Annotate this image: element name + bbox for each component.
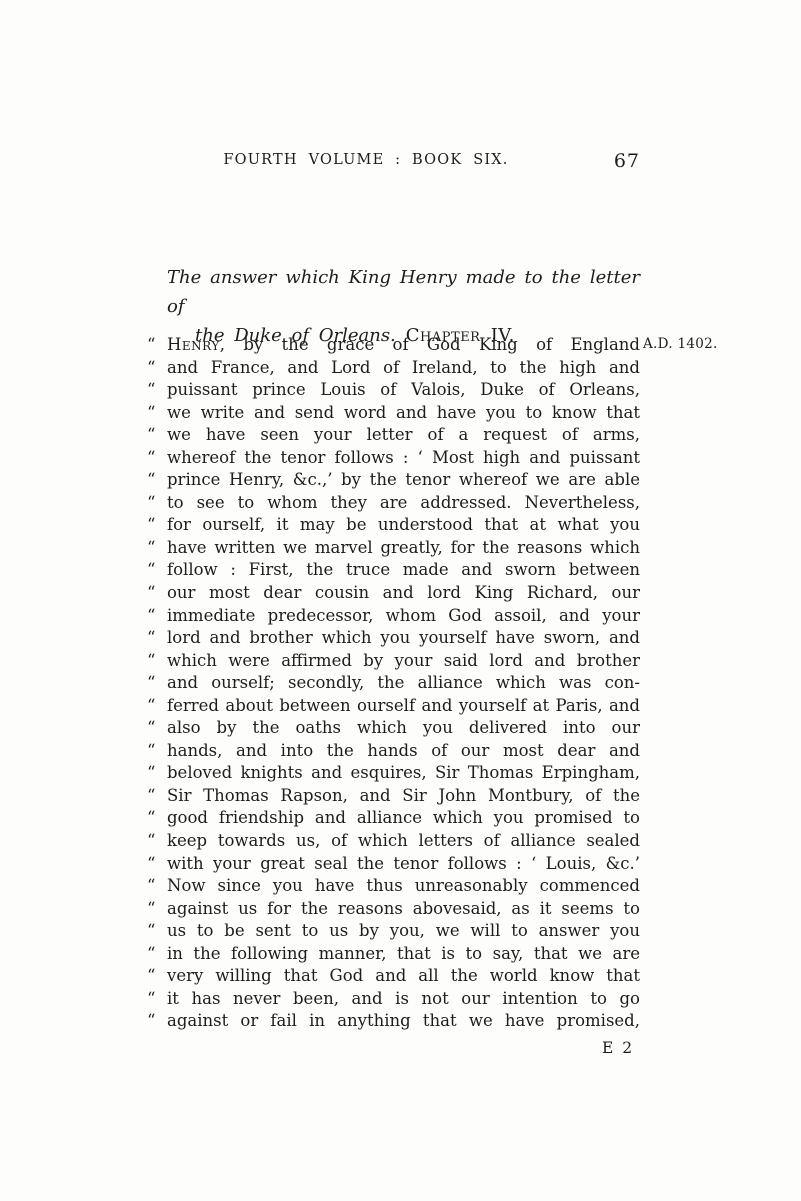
body-text-line: “ we write and send word and have you to… [167,402,640,425]
open-quote-mark: “ [147,853,155,876]
body-text-line: “ whereof the tenor follows : ‘ Most hig… [167,447,640,470]
line-text: , by the grace of God King of England [220,335,640,354]
line-text: and ourself; secondly, the alliance whic… [167,673,640,692]
open-quote-mark: “ [147,379,155,402]
open-quote-mark: “ [147,898,155,921]
open-quote-mark: “ [147,830,155,853]
line-text: good friendship and alliance which you p… [167,808,640,827]
line-text: keep towards us, of which letters of all… [167,831,640,850]
open-quote-mark: “ [147,988,155,1011]
body-text-line: “ and ourself; secondly, the alliance wh… [167,672,640,695]
line-text: prince Henry, &c.,’ by the tenor whereof… [167,470,640,489]
signature-mark: E 2 [602,1039,634,1057]
open-quote-mark: “ [147,537,155,560]
body-text-line: “ good friendship and alliance which you… [167,807,640,830]
body-text-line: “ Henry, by the grace of God King of Eng… [167,334,640,357]
open-quote-mark: “ [147,920,155,943]
line-text: it has never been, and is not our intent… [167,989,640,1008]
open-quote-mark: “ [147,582,155,605]
page-number: 67 [614,150,640,172]
open-quote-mark: “ [147,740,155,763]
line-text: whereof the tenor follows : ‘ Most high … [167,448,640,467]
open-quote-mark: “ [147,762,155,785]
line-text: we write and send word and have you to k… [167,403,640,422]
open-quote-mark: “ [147,514,155,537]
line-text: puissant prince Louis of Valois, Duke of… [167,380,640,399]
body-text-line: “ us to be sent to us by you, we will to… [167,920,640,943]
body-text-line: “ our most dear cousin and lord King Ric… [167,582,640,605]
line-text: very willing that God and all the world … [167,966,640,985]
body-text-line: “ against us for the reasons abovesaid, … [167,898,640,921]
open-quote-mark: “ [147,672,155,695]
open-quote-mark: “ [147,424,155,447]
line-text: with your great seal the tenor follows :… [167,854,640,873]
body-text-line: “ have written we marvel greatly, for th… [167,537,640,560]
open-quote-mark: “ [147,785,155,808]
open-quote-mark: “ [147,807,155,830]
line-text: Sir Thomas Rapson, and Sir John Montbury… [167,786,640,805]
body-text-line: “ lord and brother which you yourself ha… [167,627,640,650]
body-text-line: “ follow : First, the truce made and swo… [167,559,640,582]
open-quote-mark: “ [147,334,155,357]
open-quote-mark: “ [147,627,155,650]
line-text: our most dear cousin and lord King Richa… [167,583,640,602]
line-text: for ourself, it may be understood that a… [167,515,640,534]
body-text-line: “ puissant prince Louis of Valois, Duke … [167,379,640,402]
body-text-line: “ we have seen your letter of a request … [167,424,640,447]
line-text: which were affirmed by your said lord an… [167,651,640,670]
body-text-line: “ hands, and into the hands of our most … [167,740,640,763]
line-text: and France, and Lord of Ireland, to the … [167,358,640,377]
open-quote-mark: “ [147,605,155,628]
body-text-line: “ Sir Thomas Rapson, and Sir John Montbu… [167,785,640,808]
line-text: in the following manner, that is to say,… [167,944,640,963]
line-text: immediate predecessor, whom God assoil, … [167,606,640,625]
open-quote-mark: “ [147,1010,155,1033]
open-quote-mark: “ [147,357,155,380]
line-text: also by the oaths which you delivered in… [167,718,640,737]
line-text: against us for the reasons abovesaid, as… [167,899,640,918]
line-text: hands, and into the hands of our most de… [167,741,640,760]
letter-body-text: “ Henry, by the grace of God King of Eng… [167,334,640,1033]
body-text-line: “ with your great seal the tenor follows… [167,853,640,876]
open-quote-mark: “ [147,650,155,673]
body-text-line: “ prince Henry, &c.,’ by the tenor where… [167,469,640,492]
line-text: we have seen your letter of a request of… [167,425,640,444]
body-text-line: “ it has never been, and is not our inte… [167,988,640,1011]
body-text-line: “ for ourself, it may be understood that… [167,514,640,537]
line-text: beloved knights and esquires, Sir Thomas… [167,763,640,782]
body-text-line: “ against or fail in anything that we ha… [167,1010,640,1033]
body-text-line: “ ferred about between ourself and yours… [167,695,640,718]
open-quote-mark: “ [147,695,155,718]
open-quote-mark: “ [147,875,155,898]
book-page: FOURTH VOLUME : BOOK SIX. 67 The answer … [0,0,801,1201]
body-text-line: “ to see to whom they are addressed. Nev… [167,492,640,515]
body-text-line: “ very willing that God and all the worl… [167,965,640,988]
running-title: FOURTH VOLUME : BOOK SIX. [148,152,584,168]
open-quote-mark: “ [147,492,155,515]
body-text-line: “ immediate predecessor, whom God assoil… [167,605,640,628]
open-quote-mark: “ [147,717,155,740]
line-text: against or fail in anything that we have… [167,1011,640,1030]
line-text: follow : First, the truce made and sworn… [167,560,640,579]
open-quote-mark: “ [147,943,155,966]
chapter-heading-line1: The answer which King Henry made to the … [167,263,640,321]
body-text-line: “ which were affirmed by your said lord … [167,650,640,673]
line-text: have written we marvel greatly, for the … [167,538,640,557]
open-quote-mark: “ [147,469,155,492]
body-text-line: “ in the following manner, that is to sa… [167,943,640,966]
open-quote-mark: “ [147,402,155,425]
line-text: ferred about between ourself and yoursel… [167,696,640,715]
body-text-line: “ also by the oaths which you delivered … [167,717,640,740]
open-quote-mark: “ [147,559,155,582]
body-text-line: “ and France, and Lord of Ireland, to th… [167,357,640,380]
margin-date-note: A.D. 1402. [643,336,718,352]
line-text: to see to whom they are addressed. Never… [167,493,640,512]
line-text: Now since you have thus unreasonably com… [167,876,640,895]
open-quote-mark: “ [147,447,155,470]
body-text-line: “ Now since you have thus unreasonably c… [167,875,640,898]
open-quote-mark: “ [147,965,155,988]
body-text-line: “ keep towards us, of which letters of a… [167,830,640,853]
body-text-line: “ beloved knights and esquires, Sir Thom… [167,762,640,785]
smallcaps-word: Henry [167,335,220,354]
line-text: us to be sent to us by you, we will to a… [167,921,640,940]
running-header: FOURTH VOLUME : BOOK SIX. 67 [148,150,640,174]
line-text: lord and brother which you yourself have… [167,628,640,647]
